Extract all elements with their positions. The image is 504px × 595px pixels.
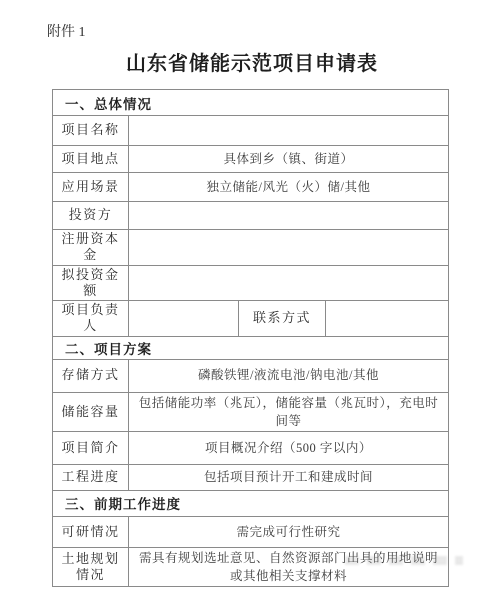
application-form-table: 一、总体情况 项目名称 项目地点 具体到乡（镇、街道） 应用场景 独立储能/风光… (52, 89, 449, 587)
field-value-engineering-progress: 包括项目预计开工和建成时间 (129, 464, 449, 490)
field-label-planned-investment: 拟投资金额 (53, 265, 129, 301)
field-label-project-location: 项目地点 (53, 146, 129, 173)
field-value-project-intro: 项目概况介绍（500 字以内） (129, 431, 449, 464)
field-label-project-leader: 项目负责人 (53, 301, 129, 337)
field-value-project-name (129, 116, 449, 146)
field-value-feasibility-study: 需完成可行性研究 (129, 516, 449, 547)
section-header-preliminary-work: 三、前期工作进度 (53, 490, 449, 516)
field-value-planned-investment (129, 265, 449, 301)
field-value-project-location: 具体到乡（镇、街道） (129, 146, 449, 173)
document-page: 附件 1 山东省储能示范项目申请表 一、总体情况 项目名称 项目地点 具体到乡（… (0, 0, 504, 595)
field-label-feasibility-study: 可研情况 (53, 516, 129, 547)
field-value-land-planning: 需具有规划选址意见、自然资源部门出具的用地说明或其他相关支撑材料 (129, 547, 449, 586)
section-header-project-plan: 二、项目方案 (53, 336, 449, 359)
field-label-project-name: 项目名称 (53, 116, 129, 146)
field-value-registered-capital (129, 230, 449, 266)
section-header-overall: 一、总体情况 (53, 90, 449, 116)
field-label-registered-capital: 注册资本金 (53, 230, 129, 266)
field-value-investor (129, 202, 449, 230)
field-value-storage-capacity: 包括储能功率（兆瓦），储能容量（兆瓦时），充电时间等 (129, 392, 449, 431)
attachment-label: 附件 1 (47, 21, 86, 41)
field-value-project-leader (129, 301, 239, 337)
field-label-storage-method: 存储方式 (53, 359, 129, 392)
field-label-land-planning: 土地规划情况 (53, 547, 129, 586)
field-label-storage-capacity: 储能容量 (53, 392, 129, 431)
field-value-application-scenario: 独立储能/风光（火）储/其他 (129, 173, 449, 202)
field-value-storage-method: 磷酸铁锂/液流电池/钠电池/其他 (129, 359, 449, 392)
field-label-investor: 投资方 (53, 202, 129, 230)
field-label-engineering-progress: 工程进度 (53, 464, 129, 490)
field-label-contact-info: 联系方式 (239, 301, 326, 337)
field-label-application-scenario: 应用场景 (53, 173, 129, 202)
watermark-remnant (345, 556, 463, 565)
field-value-contact-info (326, 301, 449, 337)
field-label-project-intro: 项目简介 (53, 431, 129, 464)
page-title: 山东省储能示范项目申请表 (0, 47, 504, 76)
